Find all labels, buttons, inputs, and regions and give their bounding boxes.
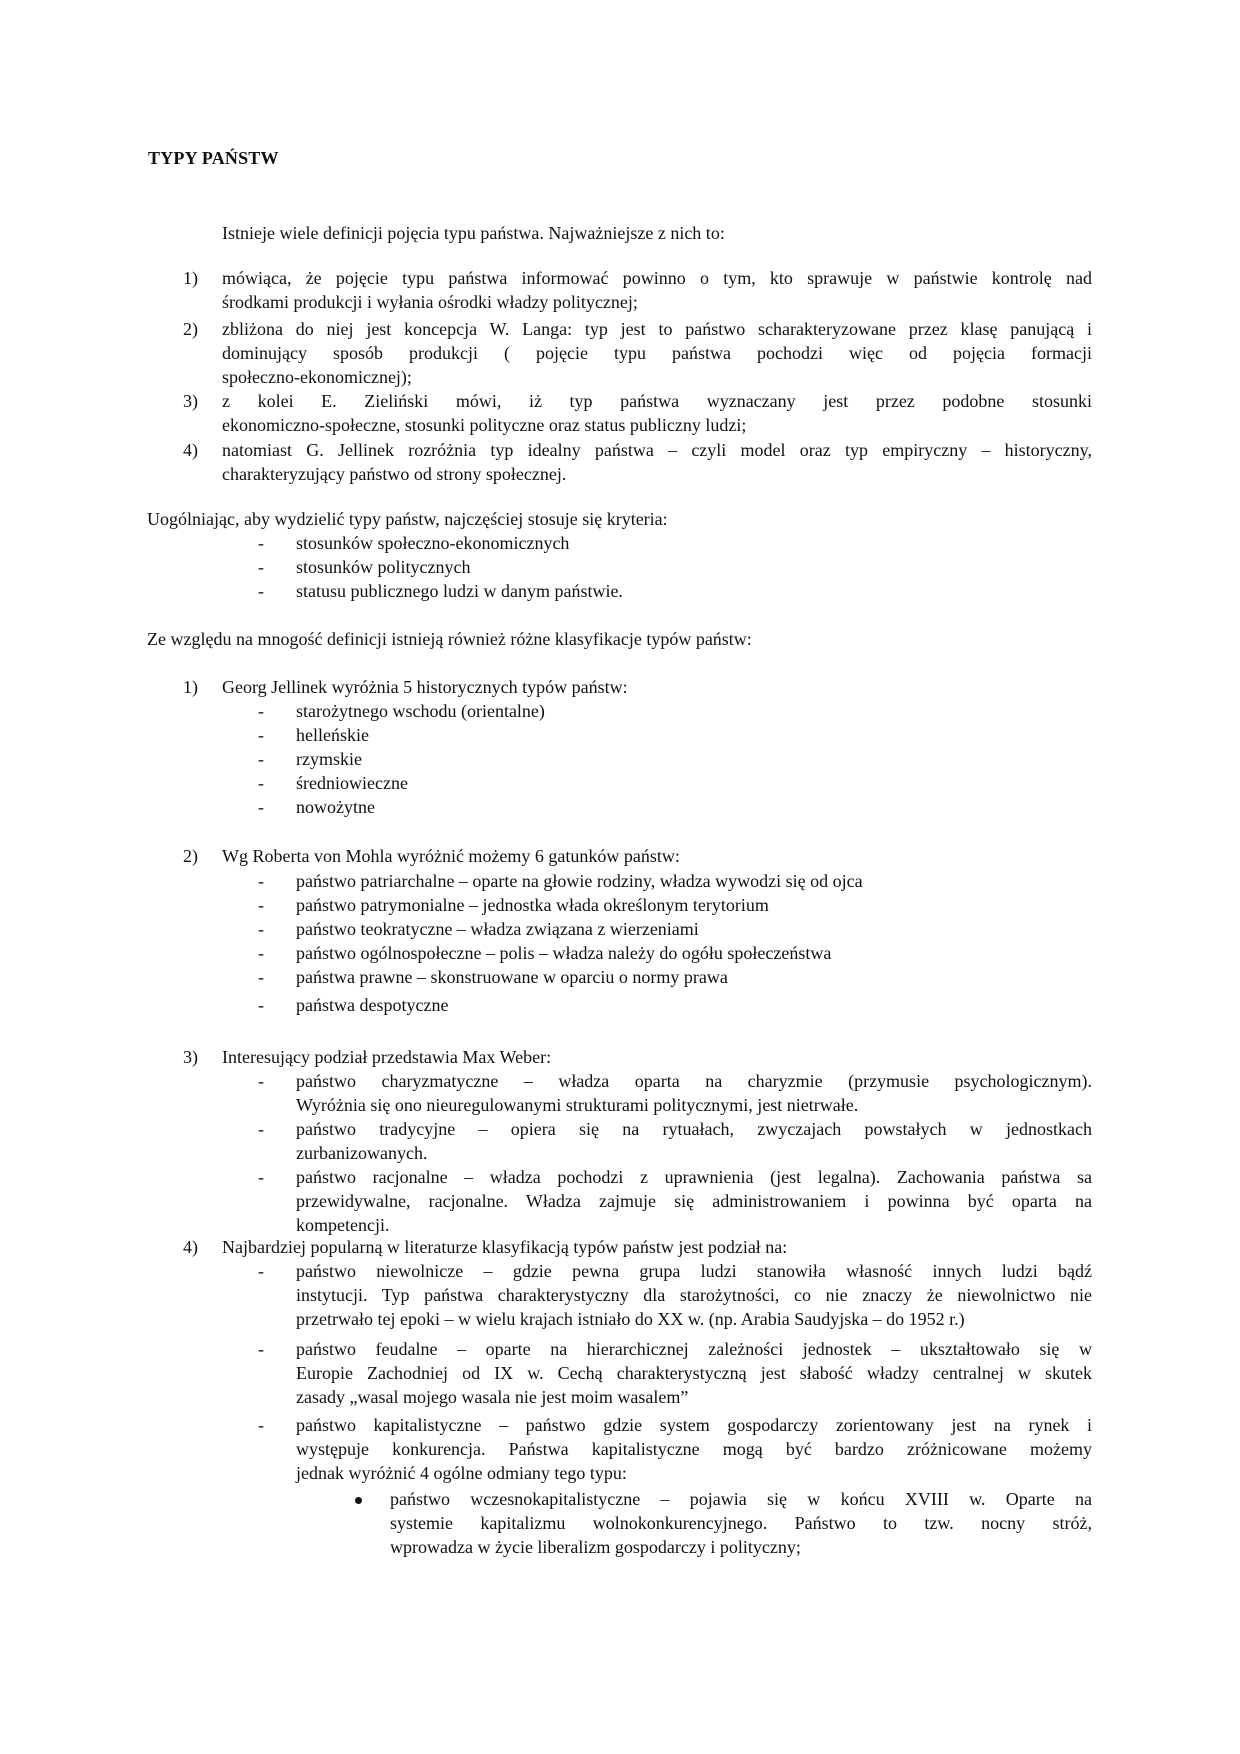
dash-bullet: - — [258, 748, 264, 770]
classification-heading: Interesujący podział przedstawia Max Web… — [222, 1046, 551, 1068]
classification-heading: Georg Jellinek wyróżnia 5 historycznych … — [222, 676, 628, 698]
classification-item: rzymskie — [296, 748, 362, 770]
classification-item: jednak wyróżnić 4 ogólne odmiany tego ty… — [296, 1462, 627, 1484]
definition-text: zbliżona do niej jest koncepcja W. Langa… — [222, 318, 1092, 340]
dash-bullet: - — [258, 918, 264, 940]
classification-item: Wyróżnia się ono nieuregulowanymi strukt… — [296, 1094, 858, 1116]
dash-bullet: - — [258, 532, 264, 554]
classification-item: kompetencji. — [296, 1214, 389, 1236]
dash-bullet: - — [258, 1414, 264, 1436]
classification-subitem: systemie kapitalizmu wolnokonkurencyjneg… — [390, 1512, 1092, 1534]
dash-bullet: - — [258, 942, 264, 964]
classification-item: państwa prawne – skonstruowane w oparciu… — [296, 966, 728, 988]
dash-bullet: - — [258, 894, 264, 916]
intro-paragraph: Istnieje wiele definicji pojęcia typu pa… — [222, 222, 725, 244]
list-number: 2) — [183, 845, 198, 867]
dash-bullet: - — [258, 870, 264, 892]
list-number: 4) — [183, 439, 198, 461]
criteria-item: stosunków politycznych — [296, 556, 470, 578]
dash-bullet: - — [258, 1070, 264, 1092]
classification-subitem: wprowadza w życie liberalizm gospodarczy… — [390, 1536, 801, 1558]
classification-item: Europie Zachodniej od IX w. Cechą charak… — [296, 1362, 1092, 1384]
round-bullet-icon — [355, 1497, 362, 1504]
dash-bullet: - — [258, 700, 264, 722]
classification-item: państwo tradycyjne – opiera się na rytua… — [296, 1118, 1092, 1140]
classification-item: występuje konkurencja. Państwa kapitalis… — [296, 1438, 1092, 1460]
list-number: 4) — [183, 1236, 198, 1258]
document-title: TYPY PAŃSTW — [148, 148, 279, 169]
definition-text: ekonomiczno-społeczne, stosunki politycz… — [222, 414, 746, 436]
dash-bullet: - — [258, 1338, 264, 1360]
classification-item: średniowieczne — [296, 772, 408, 794]
dash-bullet: - — [258, 724, 264, 746]
classification-item: państwa despotyczne — [296, 994, 448, 1016]
classification-item: helleńskie — [296, 724, 369, 746]
dash-bullet: - — [258, 796, 264, 818]
criteria-item: stosunków społeczno-ekonomicznych — [296, 532, 569, 554]
dash-bullet: - — [258, 994, 264, 1016]
dash-bullet: - — [258, 772, 264, 794]
classifications-intro: Ze względu na mnogość definicji istnieją… — [147, 628, 752, 650]
classification-item: nowożytne — [296, 796, 375, 818]
definition-text: dominujący sposób produkcji ( pojęcie ty… — [222, 342, 1092, 364]
classification-item: państwo patriarchalne – oparte na głowie… — [296, 870, 863, 892]
dash-bullet: - — [258, 1260, 264, 1282]
definition-text: środkami produkcji i wyłania ośrodki wła… — [222, 291, 638, 313]
list-number: 3) — [183, 390, 198, 412]
classification-item: państwo feudalne – oparte na hierarchicz… — [296, 1338, 1092, 1360]
classification-item: zasady „wasal mojego wasala nie jest moi… — [296, 1386, 688, 1408]
list-number: 3) — [183, 1046, 198, 1068]
definition-text: charakteryzujący państwo od strony społe… — [222, 463, 566, 485]
definition-text: z kolei E. Zieliński mówi, iż typ państw… — [222, 390, 1092, 412]
dash-bullet: - — [258, 1166, 264, 1188]
list-number: 2) — [183, 318, 198, 340]
dash-bullet: - — [258, 966, 264, 988]
classification-item: państwo niewolnicze – gdzie pewna grupa … — [296, 1260, 1092, 1282]
dash-bullet: - — [258, 556, 264, 578]
classification-item: zurbanizowanych. — [296, 1142, 427, 1164]
classification-item: państwo racjonalne – władza pochodzi z u… — [296, 1166, 1092, 1188]
dash-bullet: - — [258, 580, 264, 602]
document-page: TYPY PAŃSTW Istnieje wiele definicji poj… — [0, 0, 1240, 1754]
definition-text: mówiąca, że pojęcie typu państwa informo… — [222, 267, 1092, 289]
classification-subitem: państwo wczesnokapitalistyczne – pojawia… — [390, 1488, 1092, 1510]
definition-text: społeczno-ekonomicznej); — [222, 366, 412, 388]
list-number: 1) — [183, 676, 198, 698]
classification-item: państwo charyzmatyczne – władza oparta n… — [296, 1070, 1092, 1092]
dash-bullet: - — [258, 1118, 264, 1140]
classification-item: przetrwało tej epoki – w wielu krajach i… — [296, 1308, 965, 1330]
classification-item: państwo teokratyczne – władza związana z… — [296, 918, 699, 940]
classification-item: instytucji. Typ państwa charakterystyczn… — [296, 1284, 1092, 1306]
classification-item: przewidywalne, racjonalne. Władza zajmuj… — [296, 1190, 1092, 1212]
definition-text: natomiast G. Jellinek rozróżnia typ idea… — [222, 439, 1092, 461]
classification-heading: Wg Roberta von Mohla wyróżnić możemy 6 g… — [222, 845, 680, 867]
criteria-item: statusu publicznego ludzi w danym państw… — [296, 580, 623, 602]
classification-item: starożytnego wschodu (orientalne) — [296, 700, 545, 722]
list-number: 1) — [183, 267, 198, 289]
classification-item: państwo patrymonialne – jednostka włada … — [296, 894, 769, 916]
classification-heading: Najbardziej popularną w literaturze klas… — [222, 1236, 787, 1258]
classification-item: państwo ogólnospołeczne – polis – władza… — [296, 942, 831, 964]
classification-item: państwo kapitalistyczne – państwo gdzie … — [296, 1414, 1092, 1436]
criteria-intro: Uogólniając, aby wydzielić typy państw, … — [147, 508, 668, 530]
